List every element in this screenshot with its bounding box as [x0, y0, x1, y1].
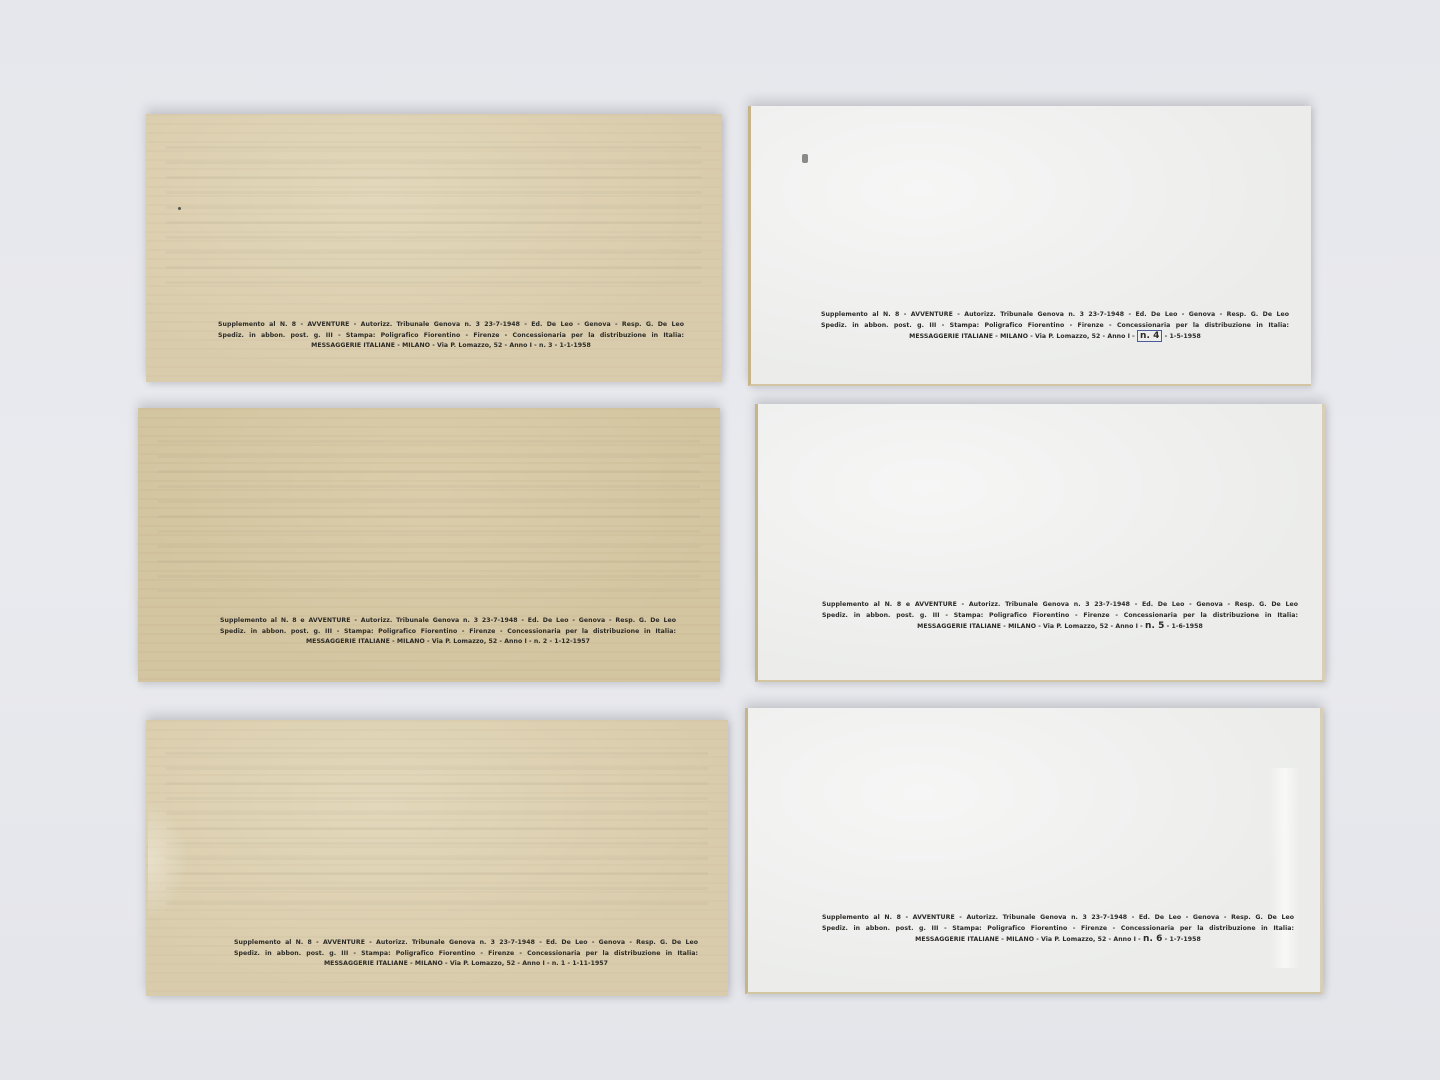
issue-date: 1-7-1958	[1169, 936, 1200, 943]
issue-date: 1-11-1957	[572, 960, 608, 967]
imprint-line-2: Spediz. in abbon. post. g. III - Stampa:…	[212, 627, 684, 638]
imprint-block: Supplemento al N. 8 - AVVENTURE - Autori…	[814, 913, 1302, 946]
faint-bleed-through-text	[166, 134, 702, 292]
imprint-line-3: MESSAGGERIE ITALIANE - MILANO - Via P. L…	[210, 341, 692, 352]
booklet-issue-3: Supplemento al N. 8 - AVVENTURE - Autori…	[146, 114, 722, 382]
imprint-line-2: Spediz. in abbon. post. g. III - Stampa:…	[813, 321, 1297, 332]
imprint-line-3: MESSAGGERIE ITALIANE - MILANO - Via P. L…	[212, 637, 684, 648]
issue-date: 1-12-1957	[554, 638, 590, 645]
ink-speck	[178, 207, 181, 210]
wear-marks-left-edge	[148, 800, 188, 920]
faint-bleed-through-illustration	[166, 740, 708, 906]
imprint-block: Supplemento al N. 8 e AVVENTURE - Autori…	[212, 616, 684, 648]
imprint-line-1: Supplemento al N. 8 - AVVENTURE - Autori…	[814, 913, 1302, 924]
imprint-line-1: Supplemento al N. 8 - AVVENTURE - Autori…	[813, 310, 1297, 321]
issue-date: 1-1-1958	[559, 342, 590, 349]
imprint-line-3: MESSAGGERIE ITALIANE - MILANO - Via P. L…	[226, 959, 706, 970]
booklet-issue-6: Supplemento al N. 8 - AVVENTURE - Autori…	[745, 708, 1323, 994]
imprint-line-3: MESSAGGERIE ITALIANE - MILANO - Via P. L…	[813, 331, 1297, 343]
imprint-line-2: Spediz. in abbon. post. g. III - Stampa:…	[814, 611, 1306, 622]
imprint-block: Supplemento al N. 8 - AVVENTURE - Autori…	[813, 310, 1297, 343]
imprint-block: Supplemento al N. 8 e AVVENTURE - Autori…	[814, 600, 1306, 633]
booklet-issue-2: Supplemento al N. 8 e AVVENTURE - Autori…	[138, 408, 720, 682]
imprint-line-2: Spediz. in abbon. post. g. III - Stampa:…	[226, 949, 706, 960]
issue-number: n. 2	[534, 638, 547, 645]
faint-bleed-through-text	[158, 428, 700, 592]
booklet-issue-5: Supplemento al N. 8 e AVVENTURE - Autori…	[755, 404, 1325, 682]
imprint-line-1: Supplemento al N. 8 - AVVENTURE - Autori…	[226, 938, 706, 949]
imprint-line-3: MESSAGGERIE ITALIANE - MILANO - Via P. L…	[814, 934, 1302, 946]
imprint-line-2: Spediz. in abbon. post. g. III - Stampa:…	[814, 924, 1302, 935]
issue-date: 1-6-1958	[1171, 623, 1202, 630]
issue-number: n. 6	[1143, 934, 1162, 944]
imprint-block: Supplemento al N. 8 - AVVENTURE - Autori…	[226, 938, 706, 970]
imprint-line-1: Supplemento al N. 8 e AVVENTURE - Autori…	[814, 600, 1306, 611]
issue-number-boxed: n. 4	[1137, 330, 1162, 342]
imprint-line-1: Supplemento al N. 8 - AVVENTURE - Autori…	[210, 320, 692, 331]
issue-number: n. 3	[539, 342, 552, 349]
imprint-block: Supplemento al N. 8 - AVVENTURE - Autori…	[210, 320, 692, 352]
ink-smudge	[802, 154, 808, 163]
booklet-issue-4: Supplemento al N. 8 - AVVENTURE - Autori…	[748, 106, 1311, 386]
imprint-line-3: MESSAGGERIE ITALIANE - MILANO - Via P. L…	[814, 621, 1306, 633]
imprint-line-1: Supplemento al N. 8 e AVVENTURE - Autori…	[212, 616, 684, 627]
issue-date: 1-5-1958	[1169, 333, 1200, 340]
issue-number: n. 1	[552, 960, 565, 967]
issue-number: n. 5	[1145, 621, 1164, 631]
booklet-issue-1: Supplemento al N. 8 - AVVENTURE - Autori…	[146, 720, 728, 996]
imprint-line-2: Spediz. in abbon. post. g. III - Stampa:…	[210, 331, 692, 342]
